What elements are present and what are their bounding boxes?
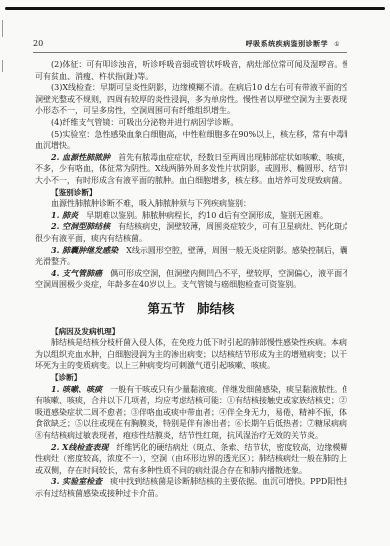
list-item-line: 2. 空洞型肺结核有结核病史，洞壁较薄，周围炎症较少，可有卫星病灶、钙化斑点，一… (35, 221, 347, 233)
paragraph-line: (3)X线检查：早期可呈炎性阴影，边缘模糊不清。在病后10 d左右可有带液平面的… (35, 82, 347, 94)
run-in-heading: 3. 肺囊肿继发感染 (51, 245, 118, 255)
list-item-line: 1. 咳嗽、咳痰一般有干咳或只有少量黏液痰。伴继发细菌感染，痰呈黏液脓性。但凡 (35, 384, 347, 396)
running-title-text: 呼吸系统疾病鉴别诊断学 (246, 40, 329, 48)
list-item-line: 性病灶（密度较高，浓度不一），空洞（由环形边界的透光区）；肺结核病灶一般在肺的上… (35, 453, 347, 465)
paragraph-line: 小形态不一，可呈多房性，空洞周围可有纤维组织增生。 (35, 105, 347, 117)
list-item-line: 2. X线检查表现纤维钙化的硬结病灶（斑点、条索、结节状，密度较高，边缘模糊），… (35, 442, 347, 454)
paragraph-line: 可有贫血、消瘦、杵状指(趾)等。 (35, 71, 347, 83)
scan-edge-mark (2, 60, 3, 72)
list-item-line: 示有过结核菌感染或接种过卡介苗。 (35, 488, 347, 500)
list-item-line: 3. 肺囊肿继发感染X线示圆形空腔，壁薄，周围一般无炎症阴影。感染控制后，囊肿壁 (35, 245, 347, 257)
paragraph-text: 首先有脓毒血症症状，经数日至两周出现肺部症状如咳嗽、咳痰，痰量 (118, 153, 347, 162)
page-header: 20 呼吸系统疾病鉴别诊断学① (33, 39, 347, 51)
subheading-diagnosis: 【诊断】 (35, 372, 347, 384)
list-item-line: 或双侧，存在时间较长，常有多种性质不同的病灶混合存在和肺内播散迹象。 (35, 465, 347, 477)
run-in-heading: 2. 血源性肺脓肿 (51, 152, 110, 162)
section-name: 肺结核 (197, 299, 235, 317)
run-in-heading: 2. 空洞型肺结核 (51, 221, 110, 231)
subheading-etiology: 【病因及发病机理】 (35, 326, 347, 338)
list-item-text: 有结核病史，洞壁较薄，周围炎症较少，可有卫星病灶、钙化斑点，一般 (118, 222, 347, 231)
paragraph-line: 血源性肺脓肿诊断不难，吸入肺脓肿须与下列疾病鉴别： (35, 198, 347, 210)
list-item-line: 光滑整齐。 (35, 256, 347, 268)
list-item-text: X线示圆形空腔，壁薄，周围一般无炎症阴影。感染控制后，囊肿壁 (126, 246, 347, 255)
subheading-differential: 【鉴别诊断】 (35, 187, 347, 199)
list-item-text: 纤维钙化的硬结病灶（斑点、条索、结节状，密度较高，边缘模糊），干酪 (116, 443, 347, 452)
run-in-heading: 3. 实验室检查 (51, 476, 102, 486)
header-rule (33, 52, 347, 53)
list-item-line: 很少有液平面，痰内有结核菌。 (35, 233, 347, 245)
paragraph-line: 洞壁光整或不规则，四周有较厚的炎性浸润，多为单房性。慢性者以厚壁空洞为主要表现，… (35, 94, 347, 106)
section-title: 第五节肺结核 (35, 291, 347, 326)
scan-border-top (5, 7, 385, 10)
paragraph-line: 血沉增快。 (35, 140, 347, 152)
list-item-line: 空洞周围极少炎症，年龄多在40岁以上。支气管镜与癌细胞检查可资鉴别。 (35, 279, 347, 291)
run-in-heading: 1. 肺炎 (51, 210, 78, 220)
run-in-heading: 2. X线检查表现 (51, 442, 108, 452)
list-item-text: 痰中找到结核菌是诊断肺结核的主要依据。血沉可增快。PPD阳性提 (110, 477, 347, 486)
paragraph-line: 不多，少有咯血，体征常为阴性。X线两肺外周多发性片状阴影，或圆形、椭圆形、结节状… (35, 163, 347, 175)
list-item-text: 偶可形成空洞，但洞壁内侧凹凸不平，壁较厚，空洞偏心，液平面不明显， (110, 269, 347, 278)
paragraph-line: (2)体征：可有叩诊浊音，听诊呼吸音弱或管状呼吸音，病灶部位常可闻及湿啰音。慢性… (35, 59, 347, 71)
paragraph-line: 大小不一，有时形成含有液平面的脓肿。血白细胞增多，核左移。血培养可发现致病菌。 (35, 175, 347, 187)
page-body: (2)体征：可有叩诊浊音，听诊呼吸音弱或管状呼吸音，病灶部位常可闻及湿啰音。慢性… (35, 59, 347, 500)
paragraph-line: 肺结核是结核分枝杆菌入侵人体，在免疫力低下时引起的肺部慢性感染性疾病。本病是 (35, 337, 347, 349)
page-number: 20 (33, 39, 43, 49)
list-item-line: 食欲缺乏；⑤以往或现在有胸膜炎，特别是伴有渗出者；⑥长期午后低热者；⑦糖尿病病人… (35, 418, 347, 430)
paragraph-line: 坏死为主的变质病变。以上三种病变均可刺激气道引起咳嗽、咳痰。 (35, 360, 347, 372)
run-in-heading: 4. 支气管肺癌 (51, 268, 102, 278)
paragraph-line: 为以组织充血水肿，白细胞浸润为主的渗出病变；以结核结节形成为主的增殖病变；以干酪… (35, 349, 347, 361)
list-item-line: 1. 肺炎早期难以鉴别。肺脓肿病程长，约10 d后有空洞形成，鉴别无困难。 (35, 210, 347, 222)
list-item-line: 吸道感染症状二周不愈者；③伴咯血或痰中带血者；④伴全身无力，易倦，精神不振，体重… (35, 407, 347, 419)
scan-edge-mark (2, 20, 3, 37)
running-title: 呼吸系统疾病鉴别诊断学① (246, 39, 340, 50)
running-title-mark: ① (334, 41, 340, 48)
paragraph-line: 2. 血源性肺脓肿首先有脓毒血症症状，经数日至两周出现肺部症状如咳嗽、咳痰，痰量 (35, 152, 347, 164)
list-item-line: 有咳嗽、咳痰，合并以下几项者，均应考虑结核可能：①有结核接触史或家族结核史；②反… (35, 395, 347, 407)
paragraph-line: (5)实验室：急性感染血象白细胞高，中性粒细胞多在90%以上，核左移，常有中毒颗… (35, 129, 347, 141)
paragraph-line: (4)纤维支气管镜：可吸出分泌物并进行病因学诊断。 (35, 117, 347, 129)
list-item-text: 一般有干咳或只有少量黏液痰。伴继发细菌感染，痰呈黏液脓性。但凡 (110, 385, 347, 394)
list-item-line: 4. 支气管肺癌偶可形成空洞，但洞壁内侧凹凸不平，壁较厚，空洞偏心，液平面不明显… (35, 268, 347, 280)
list-item-line: ⑧有结核病过敏表现者，疱疹性结膜炎，结节性红斑，抗风湿治疗无效的关节炎。 (35, 430, 347, 442)
run-in-heading: 1. 咳嗽、咳痰 (51, 384, 102, 394)
list-item-text: 早期难以鉴别。肺脓肿病程长，约10 d后有空洞形成，鉴别无困难。 (86, 211, 328, 220)
section-number: 第五节 (147, 299, 185, 317)
list-item-line: 3. 实验室检查痰中找到结核菌是诊断肺结核的主要依据。血沉可增快。PPD阳性提 (35, 476, 347, 488)
book-page: 20 呼吸系统疾病鉴别诊断学① (2)体征：可有叩诊浊音，听诊呼吸音弱或管状呼吸… (0, 0, 390, 546)
